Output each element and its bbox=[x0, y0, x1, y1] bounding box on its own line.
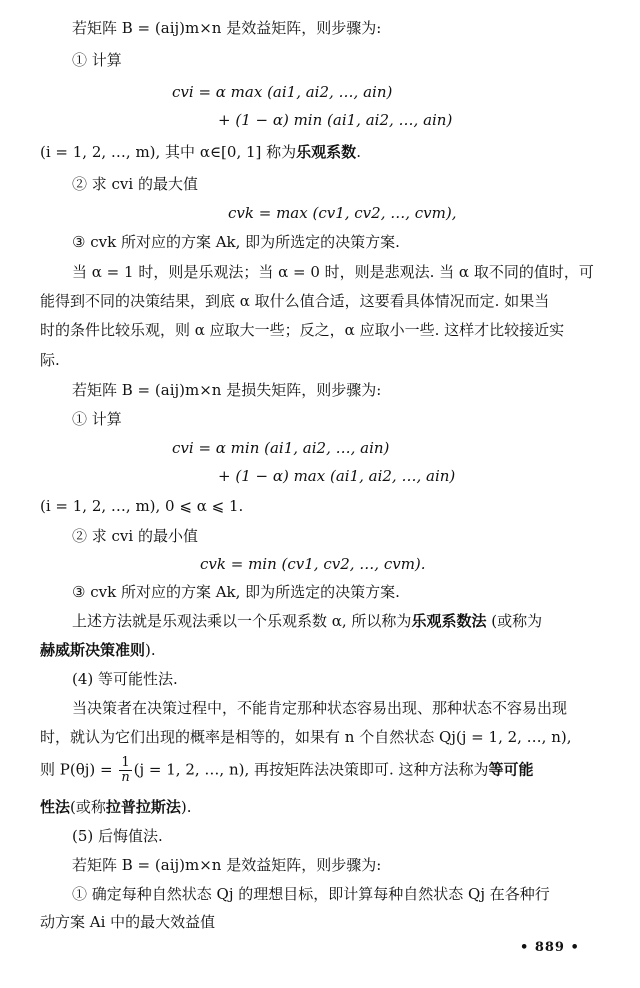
optimism-coefficient-term: 乐观系数 bbox=[296, 143, 356, 161]
laplace-method-term: 拉普拉斯法 bbox=[106, 798, 181, 816]
loss-formula1-line2: + (1 − α) max (ai1, ai2, …, ain) bbox=[218, 466, 455, 486]
loss-range-line: (i = 1, 2, …, m), 0 ⩽ α ⩽ 1. bbox=[40, 496, 243, 516]
benefit-formula1-line2: + (1 − α) min (ai1, ai2, …, ain) bbox=[218, 110, 452, 130]
benefit-step1-label: ① 计算 bbox=[72, 50, 122, 70]
loss-step3-label: ③ cvk 所对应的方案 Ak, 即为所选定的决策方案. bbox=[72, 582, 400, 602]
equal-likelihood-line4: 性法(或称拉普拉斯法). bbox=[40, 797, 192, 817]
loss-matrix-intro: 若矩阵 B = (aij)m×n 是损失矩阵，则步骤为: bbox=[72, 380, 381, 400]
summary-text: 上述方法就是乐观法乘以一个乐观系数 α, 所以称为 bbox=[72, 612, 411, 630]
benefit-step2-label: ② 求 cvi 的最大值 bbox=[72, 174, 198, 194]
alpha-paragraph-line3: 时的条件比较乐观，则 α 应取大一些；反之，α 应取小一些. 这样才比较接近实 bbox=[40, 320, 564, 340]
benefit-range-line: (i = 1, 2, …, m), 其中 α∈[0, 1] 称为乐观系数. bbox=[40, 142, 361, 162]
regret-step1-line1: ① 确定每种自然状态 Qj 的理想目标，即计算每种自然状态 Qj 在各种行 bbox=[72, 884, 550, 904]
benefit-formula2: cvk = max (cv1, cv2, …, cvm), bbox=[228, 203, 456, 223]
loss-formula2: cvk = min (cv1, cv2, …, cvm). bbox=[200, 554, 426, 574]
alpha-paragraph-line1: 当 α = 1 时，则是乐观法；当 α = 0 时，则是悲观法. 当 α 取不同… bbox=[72, 262, 594, 282]
laplace-paren: (或称 bbox=[70, 798, 106, 816]
loss-step2-label: ② 求 cvi 的最小值 bbox=[72, 526, 198, 546]
regret-intro: 若矩阵 B = (aij)m×n 是效益矩阵，则步骤为: bbox=[72, 855, 381, 875]
page-number: • 889 • bbox=[520, 940, 580, 955]
benefit-step3-label: ③ cvk 所对应的方案 Ak, 即为所选定的决策方案. bbox=[72, 232, 400, 252]
equal-likelihood-term-part1: 等可能 bbox=[489, 761, 534, 779]
range-text: (i = 1, 2, …, m), 其中 α∈[0, 1] 称为 bbox=[40, 143, 296, 161]
loss-formula1-line1: cvi = α min (ai1, ai2, …, ain) bbox=[172, 438, 389, 458]
range-end: . bbox=[356, 143, 361, 161]
equal-likelihood-heading: (4) 等可能性法. bbox=[72, 669, 178, 689]
summary-end: ). bbox=[145, 641, 156, 659]
equal-likelihood-line1: 当决策者在决策过程中，不能肯定那种状态容易出现、那种状态不容易出现 bbox=[72, 698, 567, 718]
fraction-numerator: 1 bbox=[119, 756, 131, 771]
benefit-matrix-intro: 若矩阵 B = (aij)m×n 是效益矩阵，则步骤为: bbox=[72, 18, 381, 38]
summary-line2: 赫威斯决策准则). bbox=[40, 640, 156, 660]
document-page: 若矩阵 B = (aij)m×n 是效益矩阵，则步骤为: ① 计算 cvi = … bbox=[0, 0, 640, 988]
regret-heading: (5) 后悔值法. bbox=[72, 826, 163, 846]
laplace-end: ). bbox=[181, 798, 192, 816]
equal-likelihood-line3: 则 P(θj) = 1n(j = 1, 2, …, n), 再按矩阵法决策即可.… bbox=[40, 756, 534, 785]
equal-likelihood-term-part2: 性法 bbox=[40, 798, 70, 816]
benefit-formula1-line1: cvi = α max (ai1, ai2, …, ain) bbox=[172, 82, 392, 102]
optimism-coefficient-method-term: 乐观系数法 bbox=[411, 612, 486, 630]
hurwicz-criterion-term: 赫威斯决策准则 bbox=[40, 641, 145, 659]
alpha-paragraph-line4: 际. bbox=[40, 350, 60, 370]
fraction-one-over-n: 1n bbox=[119, 756, 131, 785]
fraction-denominator: n bbox=[119, 771, 131, 785]
summary-paren: (或称为 bbox=[486, 612, 542, 630]
probability-rest: (j = 1, 2, …, n), 再按矩阵法决策即可. 这种方法称为 bbox=[134, 761, 489, 779]
summary-line1: 上述方法就是乐观法乘以一个乐观系数 α, 所以称为乐观系数法 (或称为 bbox=[72, 611, 542, 631]
loss-step1-label: ① 计算 bbox=[72, 409, 122, 429]
alpha-paragraph-line2: 能得到不同的决策结果，到底 α 取什么值合适，这要看具体情况而定. 如果当 bbox=[40, 291, 549, 311]
equal-likelihood-line2: 时，就认为它们出现的概率是相等的，如果有 n 个自然状态 Qj(j = 1, 2… bbox=[40, 727, 572, 747]
probability-text: 则 P(θj) = bbox=[40, 761, 117, 779]
regret-step1-line2: 动方案 Ai 中的最大效益值 bbox=[40, 912, 215, 932]
